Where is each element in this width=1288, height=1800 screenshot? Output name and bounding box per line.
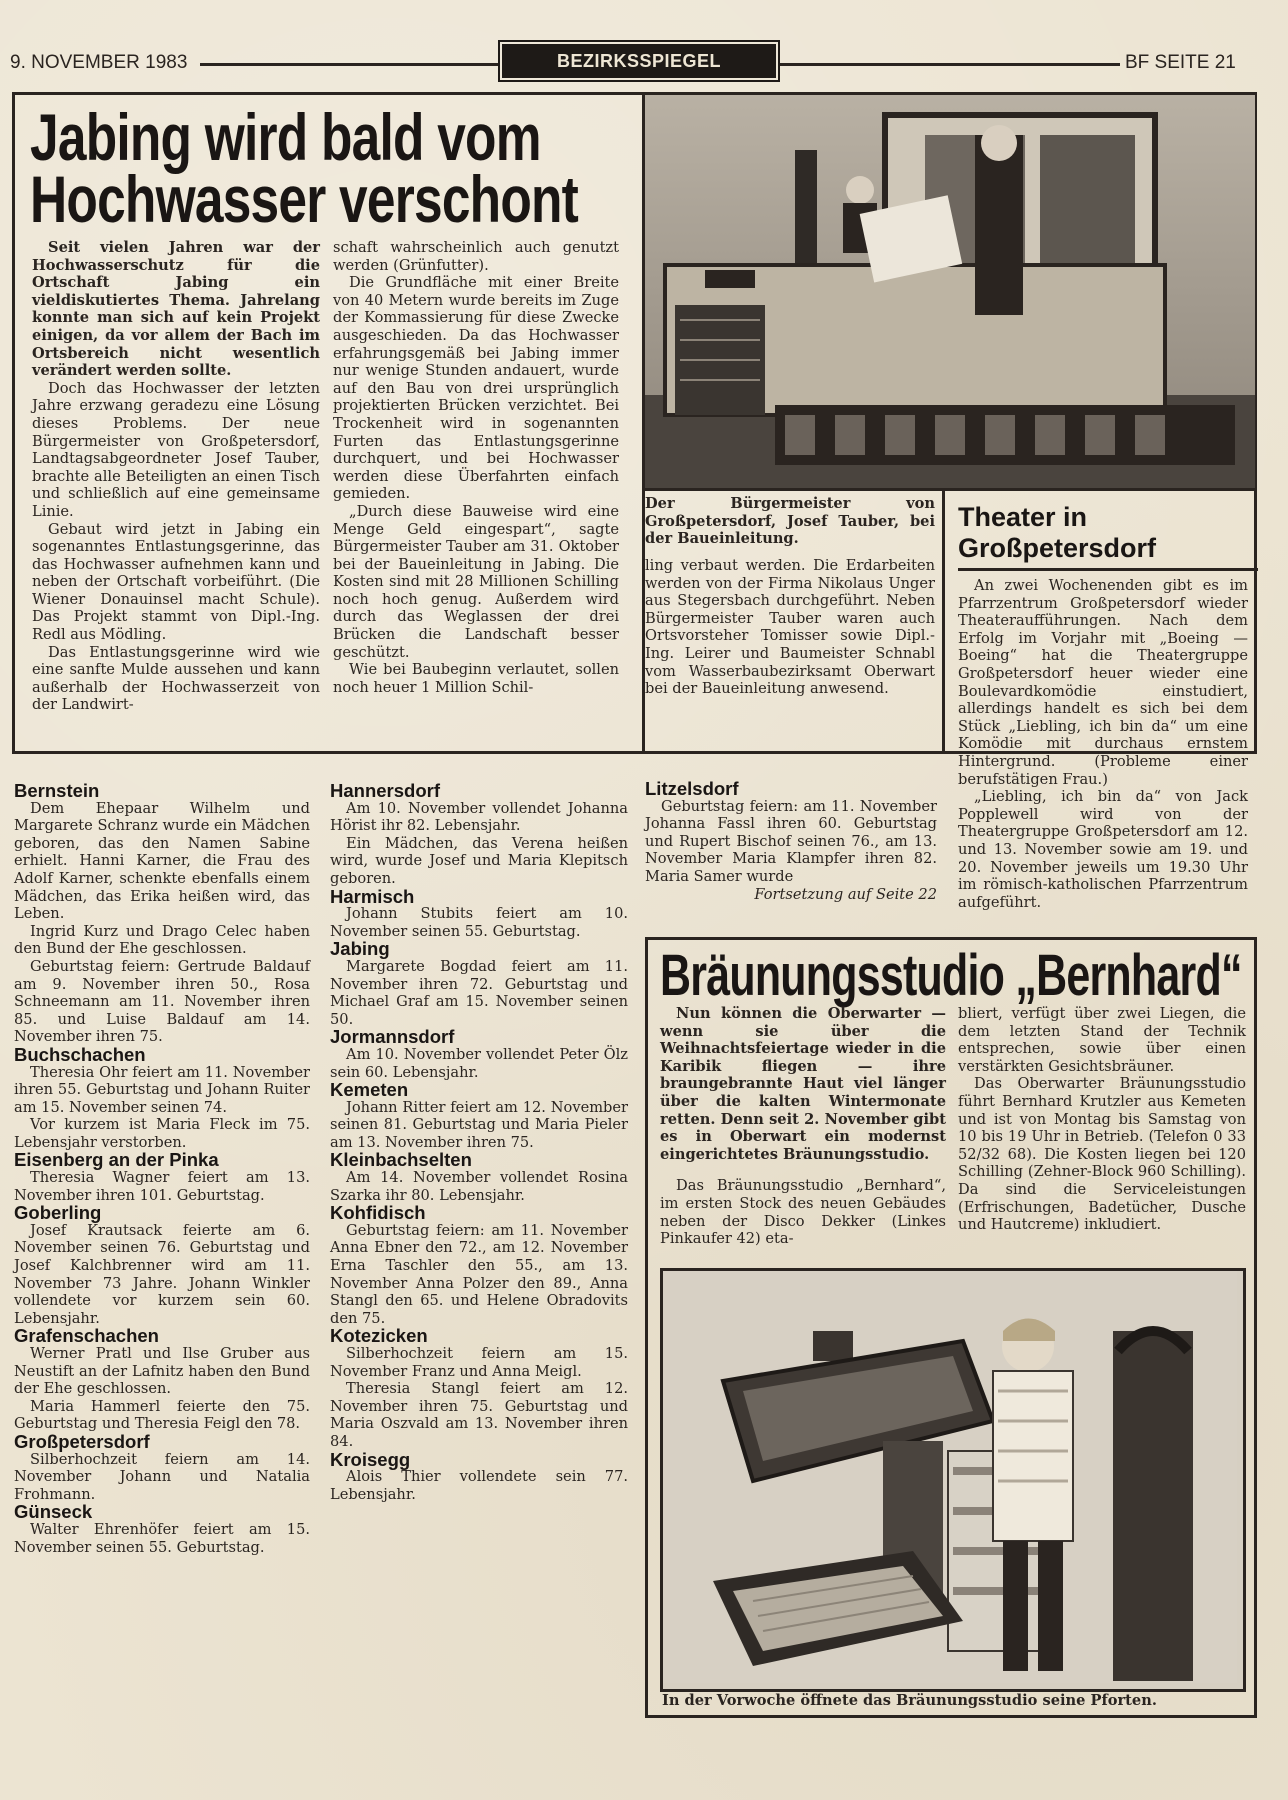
place-heading: Litzelsdorf xyxy=(645,780,937,798)
main-article-col3: ling verbaut werden. Die Erdarbeiten wer… xyxy=(645,557,935,698)
local-news-col3: Litzelsdorf Geburtstag feiern: am 11. No… xyxy=(645,780,937,903)
place-heading: Kleinbachselten xyxy=(330,1151,628,1169)
place-heading: Goberling xyxy=(14,1204,310,1222)
tanning-bed-photo xyxy=(660,1268,1246,1692)
issue-date: 9. NOVEMBER 1983 xyxy=(10,52,187,74)
continuation-link[interactable]: Fortsetzung auf Seite 22 xyxy=(645,886,937,904)
tanning-photo-caption: In der Vorwoche öffnete das Bräunungsstu… xyxy=(662,1692,1242,1710)
place-heading: Hannersdorf xyxy=(330,782,628,800)
section-masthead: BEZIRKSSPIEGEL xyxy=(502,44,776,78)
studio-headline: Bräunungsstudio „Bernhard“ xyxy=(660,946,1242,1006)
lead-paragraph: Seit vielen Jahren war der Hochwassersch… xyxy=(32,239,320,380)
place-heading: Kotezicken xyxy=(330,1327,628,1345)
place-heading: Eisenberg an der Pinka xyxy=(14,1151,310,1169)
local-news-col1: Bernstein Dem Ehepaar Wilhelm und Margar… xyxy=(14,782,310,1556)
place-heading: Bernstein xyxy=(14,782,310,800)
bulldozer-image xyxy=(645,95,1255,488)
studio-col2: bliert, verfügt über zwei Liegen, die de… xyxy=(958,1005,1246,1234)
place-heading: Grafenschachen xyxy=(14,1327,310,1345)
caption-rule xyxy=(642,488,942,491)
header-rule-right xyxy=(780,63,1120,66)
main-article-col2: schaft wahrscheinlich auch genutzt werde… xyxy=(333,239,619,696)
theater-body: An zwei Wochenenden gibt es im Pfarrzent… xyxy=(958,577,1248,911)
page-number: BF SEITE 21 xyxy=(1125,52,1236,74)
place-heading: Jabing xyxy=(330,940,628,958)
header-rule-left xyxy=(200,63,500,66)
place-heading: Großpetersdorf xyxy=(14,1433,310,1451)
bulldozer-photo xyxy=(645,95,1255,491)
place-heading: Kohfidisch xyxy=(330,1204,628,1222)
theater-rule xyxy=(958,568,1258,571)
theater-headline: Theater in Großpetersdorf xyxy=(958,502,1248,564)
place-heading: Kroisegg xyxy=(330,1451,628,1469)
studio-col1: Nun können die Oberwarter — wenn sie übe… xyxy=(660,1005,946,1248)
local-news-col2: Hannersdorf Am 10. November vollendet Jo… xyxy=(330,782,628,1503)
studio-lead: Nun können die Oberwarter — wenn sie übe… xyxy=(660,1005,946,1163)
bulldozer-caption: Der Bürgermeister von Großpetersdorf, Jo… xyxy=(645,495,935,548)
col3-right-rule xyxy=(942,488,945,754)
main-article-col1: Seit vielen Jahren war der Hochwassersch… xyxy=(32,239,320,714)
main-headline: Jabing wird bald vom Hochwasser verschon… xyxy=(30,106,578,230)
place-heading: Buchschachen xyxy=(14,1046,310,1064)
tanning-bed-image xyxy=(663,1271,1237,1683)
place-heading: Kemeten xyxy=(330,1081,628,1099)
place-heading: Günseck xyxy=(14,1503,310,1521)
place-heading: Jormannsdorf xyxy=(330,1028,628,1046)
place-heading: Harmisch xyxy=(330,888,628,906)
